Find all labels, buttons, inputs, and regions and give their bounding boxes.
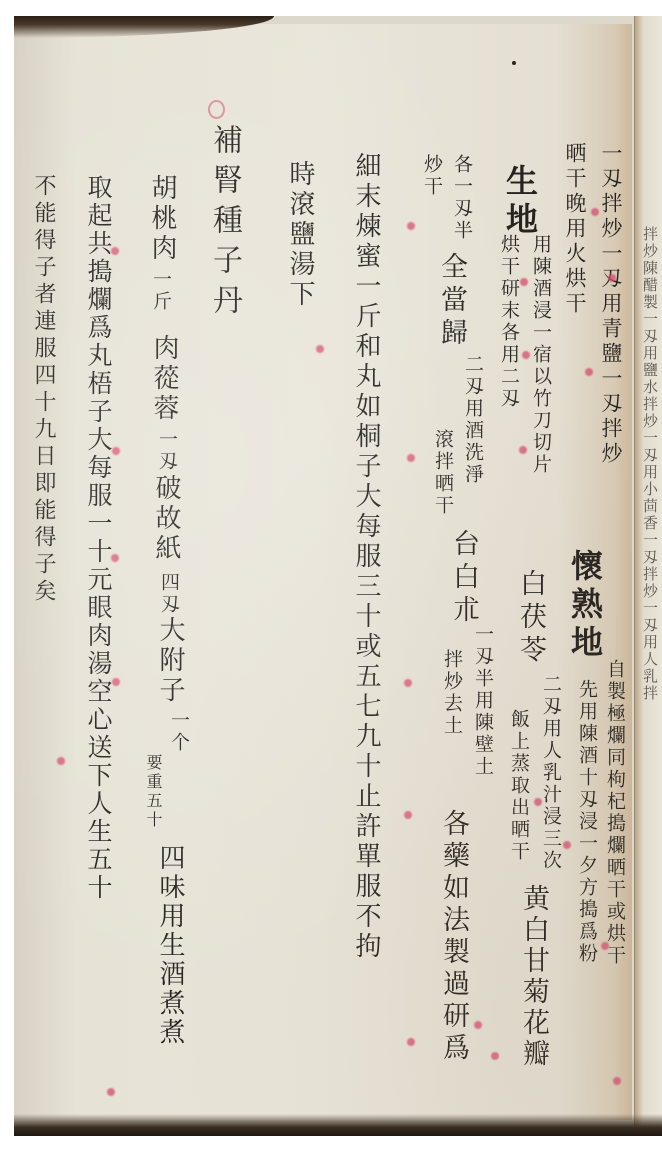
red-punctuation-dot	[585, 368, 593, 376]
ingredient-qty: 一个	[166, 710, 193, 754]
herb-huai-shu-di: 懷熟地	[562, 549, 608, 663]
ingredient-hu-tao-rou: 胡桃肉	[144, 174, 181, 264]
red-punctuation-dot	[520, 278, 528, 286]
red-punctuation-dot	[407, 1038, 415, 1046]
herb-note: 飯上蒸取出晒干	[506, 709, 533, 863]
herb-note: 用陳酒浸一宿以竹刀切片	[528, 234, 555, 476]
herb-note: 先用陳酒十刄浸一夕方搗爲粉	[574, 679, 601, 965]
seal-circle-mark	[208, 100, 225, 119]
adjacent-page-text: 拌炒陳醋製一刄用鹽水拌炒一刄用小茴香一刄拌炒一刄用人乳拌	[641, 226, 659, 702]
column-1-main: 一刄拌炒一刄用青鹽一刄拌炒	[596, 142, 626, 467]
red-punctuation-dot	[407, 222, 415, 230]
adjacent-page-edge: 拌炒陳醋製一刄用鹽水拌炒一刄用小茴香一刄拌炒一刄用人乳拌	[634, 16, 662, 1136]
manuscript-photo: 一刄拌炒一刄用青鹽一刄拌炒 晒干晚用火烘干 懷熟地 自製極爛同枸杞搗爛晒干或烘干…	[14, 16, 662, 1136]
ingredient-qty: 一斤	[148, 269, 175, 313]
ingredient-qty: 一刄	[154, 429, 181, 473]
ingredient-rou-cong-rong: 肉蓯蓉	[146, 334, 183, 424]
red-punctuation-dot	[112, 678, 120, 686]
preparation-instruction: 各藥如法製過研爲	[434, 809, 473, 1065]
red-punctuation-dot	[107, 1088, 115, 1096]
red-punctuation-dot	[111, 554, 119, 562]
ingredient-note: 要重五十	[142, 754, 165, 830]
herb-note: 拌炒去土	[439, 649, 466, 737]
red-punctuation-dot	[112, 447, 120, 455]
herb-note: 滾拌晒干	[430, 429, 457, 517]
red-punctuation-dot	[591, 208, 599, 216]
herb-note: 烘干研末各用二刄	[496, 234, 523, 410]
dosage-instruction-end: 時滾鹽湯下	[282, 160, 319, 310]
herb-note: 二刄用酒洗淨	[460, 354, 487, 486]
herb-note: 各一刄半	[449, 154, 476, 242]
column-1-sub: 晒干晚用火烘干	[560, 142, 590, 317]
dosage-instruction: 細末煉蜜一斤和丸如桐子大每服三十或五七九十止許單服不拘	[348, 152, 385, 962]
ink-speck	[512, 61, 516, 65]
ingredient-po-gu-zhi: 破故紙	[148, 474, 185, 564]
red-punctuation-dot	[57, 757, 65, 765]
red-punctuation-dot	[111, 247, 119, 255]
herb-note: 自製極爛同枸杞搗爛晒干或烘干	[602, 659, 629, 967]
cooking-instruction: 四味用生酒煮煮	[152, 844, 189, 1047]
dosage-instruction-2: 取起共搗爛爲丸梧子大每服一十元眼肉湯空心送下人生五十	[80, 174, 116, 902]
recipe-title: 補腎種子丹	[202, 124, 246, 324]
red-punctuation-dot	[608, 274, 616, 282]
herb-note: 二刄用人乳汁浸三次	[538, 674, 565, 872]
red-punctuation-dot	[534, 798, 542, 806]
manuscript-page: 一刄拌炒一刄用青鹽一刄拌炒 晒干晚用火烘干 懷熟地 自製極爛同枸杞搗爛晒干或烘干…	[14, 24, 632, 1120]
herb-bai-zhu: 台白朮	[444, 529, 483, 628]
herb-dang-gui: 全當歸	[432, 252, 471, 351]
red-punctuation-dot	[407, 454, 415, 462]
efficacy-note: 不能得子者連服四十九日即能得子矣	[28, 174, 59, 606]
red-punctuation-dot	[522, 351, 530, 359]
herb-sheng-di: 生地	[497, 164, 543, 240]
herb-bai-fu-ling: 白茯苓	[511, 569, 550, 668]
red-punctuation-dot	[519, 446, 527, 454]
red-punctuation-dot	[404, 679, 412, 687]
red-punctuation-dot	[404, 811, 412, 819]
red-punctuation-dot	[613, 1077, 621, 1085]
ingredient-da-fu-zi: 大附子	[152, 616, 189, 706]
red-punctuation-dot	[316, 345, 324, 353]
red-punctuation-dot	[474, 1021, 482, 1029]
red-punctuation-dot	[491, 1052, 499, 1060]
herb-note: 一刄半用陳壁土	[470, 624, 497, 778]
binding-shadow-bottom	[14, 1114, 662, 1136]
red-punctuation-dot	[601, 942, 609, 950]
herb-ju-hua: 黄白甘菊花瓣	[514, 884, 553, 1070]
red-punctuation-dot	[563, 841, 571, 849]
ingredient-qty: 四刄	[156, 572, 183, 616]
herb-note: 炒干	[419, 154, 446, 198]
